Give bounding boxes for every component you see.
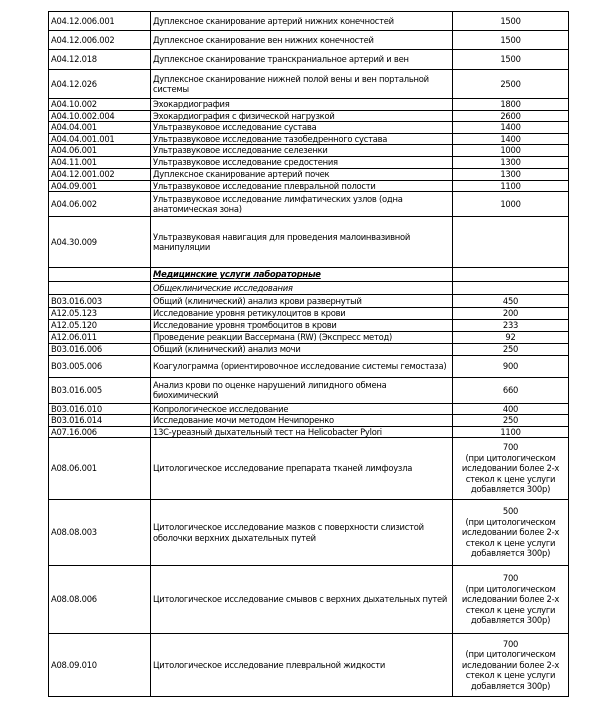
- service-name: Общий (клинический) анализ мочи: [151, 343, 453, 355]
- service-name: Ультразвуковое исследование сустава: [151, 122, 453, 134]
- service-price-with-note: 700 (при цитологическом иследовании боле…: [453, 438, 569, 500]
- service-price: 200: [453, 308, 569, 320]
- table-row: A04.12.006.002 Дуплексное сканирование в…: [49, 31, 569, 50]
- service-price: 1100: [453, 426, 569, 438]
- price-list-table: A04.12.006.001 Дуплексное сканирование а…: [48, 11, 569, 697]
- table-row: A04.04.001 Ультразвуковое исследование с…: [49, 122, 569, 134]
- service-price: 450: [453, 295, 569, 308]
- table-row: B03.016.014 Исследование мочи методом Не…: [49, 415, 569, 427]
- service-code: A04.04.001: [49, 122, 151, 134]
- service-name: Проведение реакции Вассермана (RW) (Эксп…: [151, 332, 453, 344]
- service-name: Ультразвуковое исследование лимфатически…: [151, 192, 453, 217]
- service-code: B03.005.006: [49, 355, 151, 377]
- service-name: Цитологическое исследование мазков с пов…: [151, 500, 453, 566]
- price-note-line: иследовании более 2-х: [455, 527, 566, 538]
- service-price: 700: [455, 442, 566, 453]
- subsection-row: Общеклинические исследования: [49, 282, 569, 295]
- service-code: B03.016.010: [49, 403, 151, 415]
- service-code: A12.06.011: [49, 332, 151, 344]
- table-row: A04.12.001.002 Дуплексное сканирование а…: [49, 168, 569, 180]
- table-row: A08.08.003 Цитологическое исследование м…: [49, 500, 569, 566]
- table-row: A04.06.001 Ультразвуковое исследование с…: [49, 145, 569, 157]
- service-code: A04.12.006.001: [49, 12, 151, 31]
- table-row: A04.09.001 Ультразвуковое исследование п…: [49, 180, 569, 192]
- service-code: A04.12.006.002: [49, 31, 151, 50]
- service-price: 1000: [453, 192, 569, 217]
- price-note-line: (при цитологическом: [455, 453, 566, 464]
- service-price: 1500: [453, 12, 569, 31]
- price-note-line: (при цитологическом: [455, 517, 566, 528]
- service-price: 700: [455, 639, 566, 650]
- service-name: Дуплексное сканирование нижней полой вен…: [151, 70, 453, 99]
- service-price: 500: [455, 506, 566, 517]
- table-row: A12.06.011 Проведение реакции Вассермана…: [49, 332, 569, 344]
- service-name: Ультразвуковая навигация для проведения …: [151, 217, 453, 268]
- service-name: Исследование уровня тромбоцитов в крови: [151, 320, 453, 332]
- service-code: B03.016.003: [49, 295, 151, 308]
- service-code: A04.12.001.002: [49, 168, 151, 180]
- service-code: A04.09.001: [49, 180, 151, 192]
- table-row: A08.06.001 Цитологическое исследование п…: [49, 438, 569, 500]
- service-code: A04.10.002.004: [49, 110, 151, 122]
- empty-cell: [49, 268, 151, 282]
- table-row: A07.16.006 13С-уреазный дыхательный тест…: [49, 426, 569, 438]
- empty-cell: [453, 268, 569, 282]
- price-note-line: стекол к цене услуги: [455, 538, 566, 549]
- service-code: A08.09.010: [49, 634, 151, 697]
- price-note-line: стекол к цене услуги: [455, 474, 566, 485]
- service-price: 700: [455, 573, 566, 584]
- service-name: Эхокардиография: [151, 99, 453, 111]
- service-code: A04.30.009: [49, 217, 151, 268]
- service-price: 660: [453, 377, 569, 403]
- service-price: 250: [453, 343, 569, 355]
- service-price-with-note: 500 (при цитологическом иследовании боле…: [453, 500, 569, 566]
- service-name: Ультразвуковое исследование селезенки: [151, 145, 453, 157]
- price-note-line: (при цитологическом: [455, 584, 566, 595]
- service-name: Дуплексное сканирование вен нижних конеч…: [151, 31, 453, 50]
- table-row: A04.12.026 Дуплексное сканирование нижне…: [49, 70, 569, 99]
- service-name: Ультразвуковое исследование тазобедренно…: [151, 133, 453, 145]
- service-code: A08.06.001: [49, 438, 151, 500]
- table-row: B03.016.003 Общий (клинический) анализ к…: [49, 295, 569, 308]
- service-code: A04.06.001: [49, 145, 151, 157]
- price-note-line: добавляется 300р): [455, 615, 566, 626]
- service-price: 2500: [453, 70, 569, 99]
- service-name: Дуплексное сканирование транскраниальное…: [151, 50, 453, 70]
- service-price: 92: [453, 332, 569, 344]
- service-price: 233: [453, 320, 569, 332]
- service-code: B03.016.005: [49, 377, 151, 403]
- table-row: B03.016.005 Анализ крови по оценке наруш…: [49, 377, 569, 403]
- service-code: A04.12.018: [49, 50, 151, 70]
- service-name: Эхокардиография с физической нагрузкой: [151, 110, 453, 122]
- table-row: A08.08.006 Цитологическое исследование с…: [49, 566, 569, 634]
- empty-cell: [49, 282, 151, 295]
- service-name: Цитологическое исследование смывов с вер…: [151, 566, 453, 634]
- table-row: A04.10.002 Эхокардиография 1800: [49, 99, 569, 111]
- service-name: Коагулограмма (ориентировочное исследова…: [151, 355, 453, 377]
- service-name: Анализ крови по оценке нарушений липидно…: [151, 377, 453, 403]
- table-row: A04.12.006.001 Дуплексное сканирование а…: [49, 12, 569, 31]
- table-row: A04.10.002.004 Эхокардиография с физичес…: [49, 110, 569, 122]
- service-code: A04.06.002: [49, 192, 151, 217]
- table-row: B03.016.006 Общий (клинический) анализ м…: [49, 343, 569, 355]
- service-code: B03.016.014: [49, 415, 151, 427]
- service-price-with-note: 700 (при цитологическом иследовании боле…: [453, 566, 569, 634]
- service-price: 1400: [453, 133, 569, 145]
- table-row: A08.09.010 Цитологическое исследование п…: [49, 634, 569, 697]
- table-row: A04.12.018 Дуплексное сканирование транс…: [49, 50, 569, 70]
- service-code: A08.08.003: [49, 500, 151, 566]
- service-price: 1800: [453, 99, 569, 111]
- service-code: B03.016.006: [49, 343, 151, 355]
- table-row: B03.016.010 Копрологическое исследование…: [49, 403, 569, 415]
- table-row: A12.05.123 Исследование уровня ретикулоц…: [49, 308, 569, 320]
- service-price: 1500: [453, 50, 569, 70]
- service-price: 1500: [453, 31, 569, 50]
- price-note-line: (при цитологическом: [455, 649, 566, 660]
- service-price: 1000: [453, 145, 569, 157]
- service-code: A12.05.123: [49, 308, 151, 320]
- service-name: Общий (клинический) анализ крови разверн…: [151, 295, 453, 308]
- service-price: 1100: [453, 180, 569, 192]
- table-row: A04.30.009 Ультразвуковая навигация для …: [49, 217, 569, 268]
- section-title: Медицинские услуги лабораторные: [151, 268, 453, 282]
- price-note-line: иследовании более 2-х: [455, 594, 566, 605]
- service-name: Ультразвуковое исследование средостения: [151, 156, 453, 168]
- price-note-line: иследовании более 2-х: [455, 463, 566, 474]
- service-name: Исследование мочи методом Нечипоренко: [151, 415, 453, 427]
- service-name: Исследование уровня ретикулоцитов в кров…: [151, 308, 453, 320]
- price-note-line: стекол к цене услуги: [455, 670, 566, 681]
- service-code: A04.11.001: [49, 156, 151, 168]
- service-code: A12.05.120: [49, 320, 151, 332]
- service-name: Цитологическое исследование плевральной …: [151, 634, 453, 697]
- service-code: A04.10.002: [49, 99, 151, 111]
- service-price: 400: [453, 403, 569, 415]
- service-price: [453, 217, 569, 268]
- service-price: 900: [453, 355, 569, 377]
- price-note-line: иследовании более 2-х: [455, 660, 566, 671]
- service-price: 250: [453, 415, 569, 427]
- service-price: 1300: [453, 168, 569, 180]
- subsection-title: Общеклинические исследования: [151, 282, 453, 295]
- service-price: 2600: [453, 110, 569, 122]
- table-row: B03.005.006 Коагулограмма (ориентировочн…: [49, 355, 569, 377]
- table-row: A12.05.120 Исследование уровня тромбоцит…: [49, 320, 569, 332]
- price-note-line: добавляется 300р): [455, 484, 566, 495]
- service-code: A04.12.026: [49, 70, 151, 99]
- service-code: A04.04.001.001: [49, 133, 151, 145]
- service-name: Дуплексное сканирование артерий нижних к…: [151, 12, 453, 31]
- service-name: 13С-уреазный дыхательный тест на Helicob…: [151, 426, 453, 438]
- service-name: Дуплексное сканирование артерий почек: [151, 168, 453, 180]
- table-row: A04.04.001.001 Ультразвуковое исследован…: [49, 133, 569, 145]
- service-price: 1300: [453, 156, 569, 168]
- table-row: A04.11.001 Ультразвуковое исследование с…: [49, 156, 569, 168]
- service-name: Ультразвуковое исследование плевральной …: [151, 180, 453, 192]
- price-note-line: стекол к цене услуги: [455, 605, 566, 616]
- service-name: Копрологическое исследование: [151, 403, 453, 415]
- service-price: 1400: [453, 122, 569, 134]
- service-price-with-note: 700 (при цитологическом иследовании боле…: [453, 634, 569, 697]
- price-note-line: добавляется 300р): [455, 681, 566, 692]
- section-row: Медицинские услуги лабораторные: [49, 268, 569, 282]
- service-code: A08.08.006: [49, 566, 151, 634]
- price-note-line: добавляется 300р): [455, 548, 566, 559]
- service-code: A07.16.006: [49, 426, 151, 438]
- empty-cell: [453, 282, 569, 295]
- table-row: A04.06.002 Ультразвуковое исследование л…: [49, 192, 569, 217]
- service-name: Цитологическое исследование препарата тк…: [151, 438, 453, 500]
